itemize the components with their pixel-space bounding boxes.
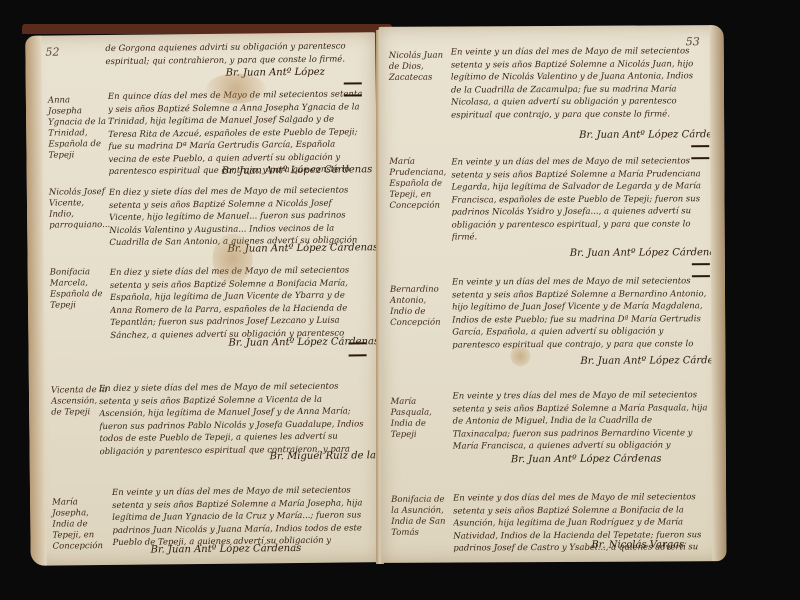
margin-note: María Pasquala, India de Tepeji: [391, 397, 449, 441]
margin-note: Nicolás Josef Vicente, Indio, parroquian…: [49, 187, 107, 232]
entry-body: En veinte y tres días del mes de Mayo de…: [453, 389, 708, 454]
paper-stain: [212, 233, 253, 283]
entry-body: En veinte y un días del mes de Mayo de m…: [451, 155, 706, 244]
entry-signature: Br. Juan Antº López Cárdenas: [151, 543, 302, 556]
margin-note: María Prudenciana, Española de Tepeji, e…: [389, 157, 447, 212]
entry-signature: Br. Miguel Ruiz de la Mota: [270, 450, 381, 462]
margin-note: Anna Josepha Ygnacia de la Trinidad, Esp…: [48, 95, 107, 162]
entry-body: En veinte y un días del mes de Mayo de m…: [451, 45, 706, 122]
entry-body: de Gorgona aquienes advirti su obligació…: [105, 40, 360, 69]
entry-signature: Br. Nicolás Vargas: [591, 539, 684, 550]
entry-body: En veinte y un días del mes de Mayo de m…: [452, 275, 707, 352]
entry-signature: Br. Juan Antº López Cárdenas: [580, 355, 726, 367]
rubric-flourish-icon: [692, 263, 710, 277]
entry-signature: Br. Juan Antº López Cárdenas: [570, 247, 721, 259]
entry-body: En veinte y un días del mes de Mayo de m…: [112, 484, 368, 551]
margin-note: Nicolás Juan de Dios, Zacatecas: [389, 51, 447, 84]
margin-note: Bonifacia de la Asunción, India de San T…: [391, 495, 449, 539]
rubric-flourish-icon: [348, 342, 366, 356]
margin-note: Bonifacia Marcela, Española de Tepeji: [50, 267, 108, 312]
paper-stain: [510, 346, 530, 366]
entry-signature: Br. Juan Antº López Cárdenas: [511, 453, 662, 465]
margin-note: María Josepha, India de Tepeji, en Conce…: [52, 497, 111, 553]
entry-signature: Br. Juan Antº López Cárdenas: [579, 129, 726, 141]
rubric-flourish-icon: [344, 82, 362, 96]
entry-signature: Br. Juan Antº López Cárdenas: [222, 164, 373, 177]
left-page: 52 de Gorgona aquienes advirti su obliga…: [25, 32, 381, 566]
rubric-flourish-icon: [691, 145, 709, 159]
right-page: 53 Nicolás Juan de Dios, Zacatecas En ve…: [379, 25, 727, 563]
margin-note: Bernardino Antonio, Indio de Concepción: [390, 285, 448, 329]
page-number: 52: [45, 45, 59, 58]
entry-body: En diez y siete días del mes de Mayo de …: [99, 380, 368, 459]
